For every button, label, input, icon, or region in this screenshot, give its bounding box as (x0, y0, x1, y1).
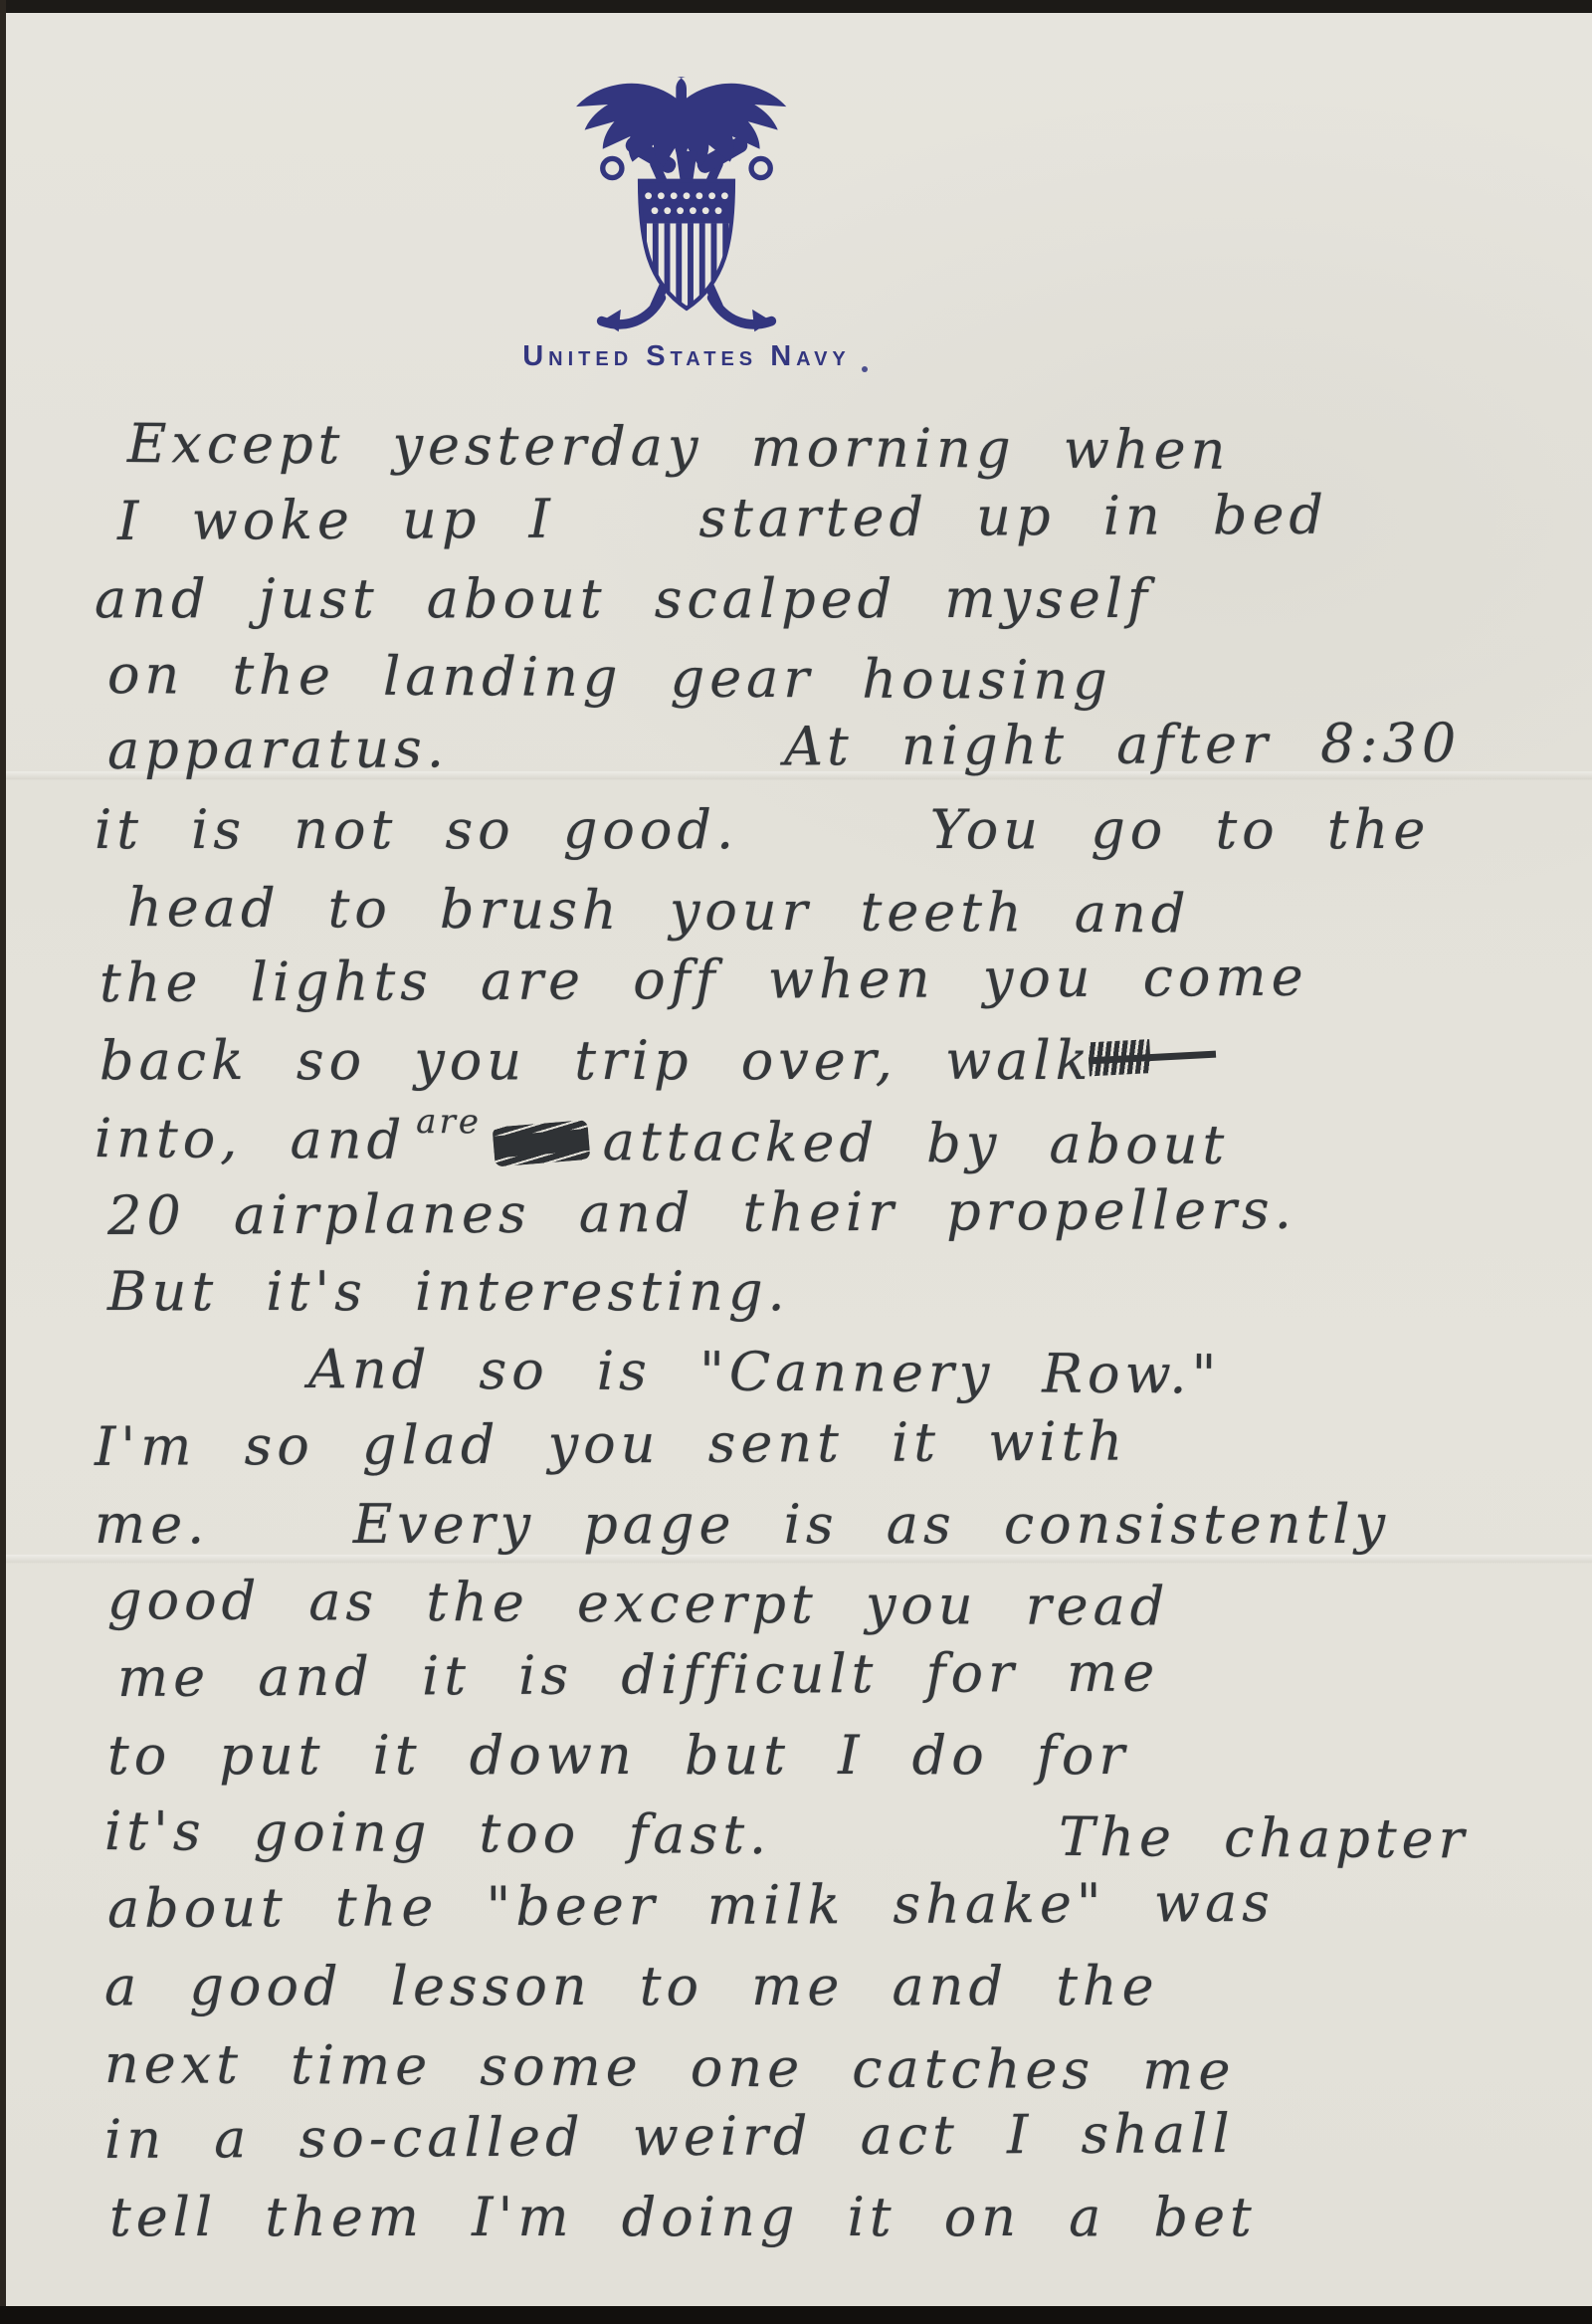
scan-bottom-edge (0, 2306, 1592, 2324)
handwritten-line: the lights are off when you come (99, 946, 1308, 1014)
line-text: into, and (95, 1107, 407, 1171)
handwritten-line: good as the excerpt you read (107, 1569, 1170, 1638)
handwritten-line: Except yesterday morning when (127, 412, 1231, 482)
scribbled-out-word (492, 1120, 590, 1167)
handwritten-line: next time some one catches me (104, 2032, 1236, 2102)
handwritten-line: me and it is difficult for me (117, 1641, 1160, 1709)
handwritten-line: on the landing gear housing (107, 643, 1112, 712)
handwritten-line: a good lesson to me and the (104, 1955, 1159, 2017)
navy-emblem (559, 58, 814, 342)
line-text: back so you trip over, walk (99, 1029, 1093, 1092)
handwritten-line: I'm so glad you sent it with (95, 1410, 1127, 1478)
handwritten-line: head to brush your teeth and (127, 876, 1191, 946)
handwritten-line: in a so-called weird act I shall (104, 2102, 1235, 2171)
shield-icon (640, 181, 733, 313)
handwritten-line: me. Every page is as consistently (95, 1493, 1390, 1556)
fold-crease (6, 1555, 1592, 1564)
handwritten-line: back so you trip over, walk (99, 1029, 1216, 1092)
handwritten-line: about the "beer milk shake" was (107, 1871, 1275, 1940)
ink-speck (862, 366, 868, 372)
handwritten-line: And so is "Cannery Row." (308, 1338, 1222, 1406)
inserted-word-are: are (416, 1102, 482, 1142)
handwritten-line: 20 airplanes and their propellers. (107, 1178, 1296, 1247)
handwritten-line: to put it down but I do for (107, 1724, 1129, 1787)
scribbled-out-word (1089, 1036, 1218, 1077)
handwritten-line: into, andareattacked by about (95, 1107, 1230, 1176)
handwritten-line: apparatus. At night after 8:30 (107, 712, 1462, 781)
handwritten-line: tell them I'm doing it on a bet (109, 2186, 1257, 2248)
handwritten-line: it is not so good. You go to the (95, 798, 1430, 861)
handwritten-line: But it's interesting. (107, 1260, 790, 1323)
letterhead-title: United States Navy (502, 340, 871, 373)
handwritten-line: it's going too fast. The chapter (104, 1799, 1470, 1870)
scan-top-edge (0, 0, 1592, 13)
handwritten-line: I woke up I started up in bed (117, 484, 1328, 552)
line-text: attacked by about (603, 1110, 1230, 1176)
handwritten-line: and just about scalped myself (95, 567, 1152, 630)
